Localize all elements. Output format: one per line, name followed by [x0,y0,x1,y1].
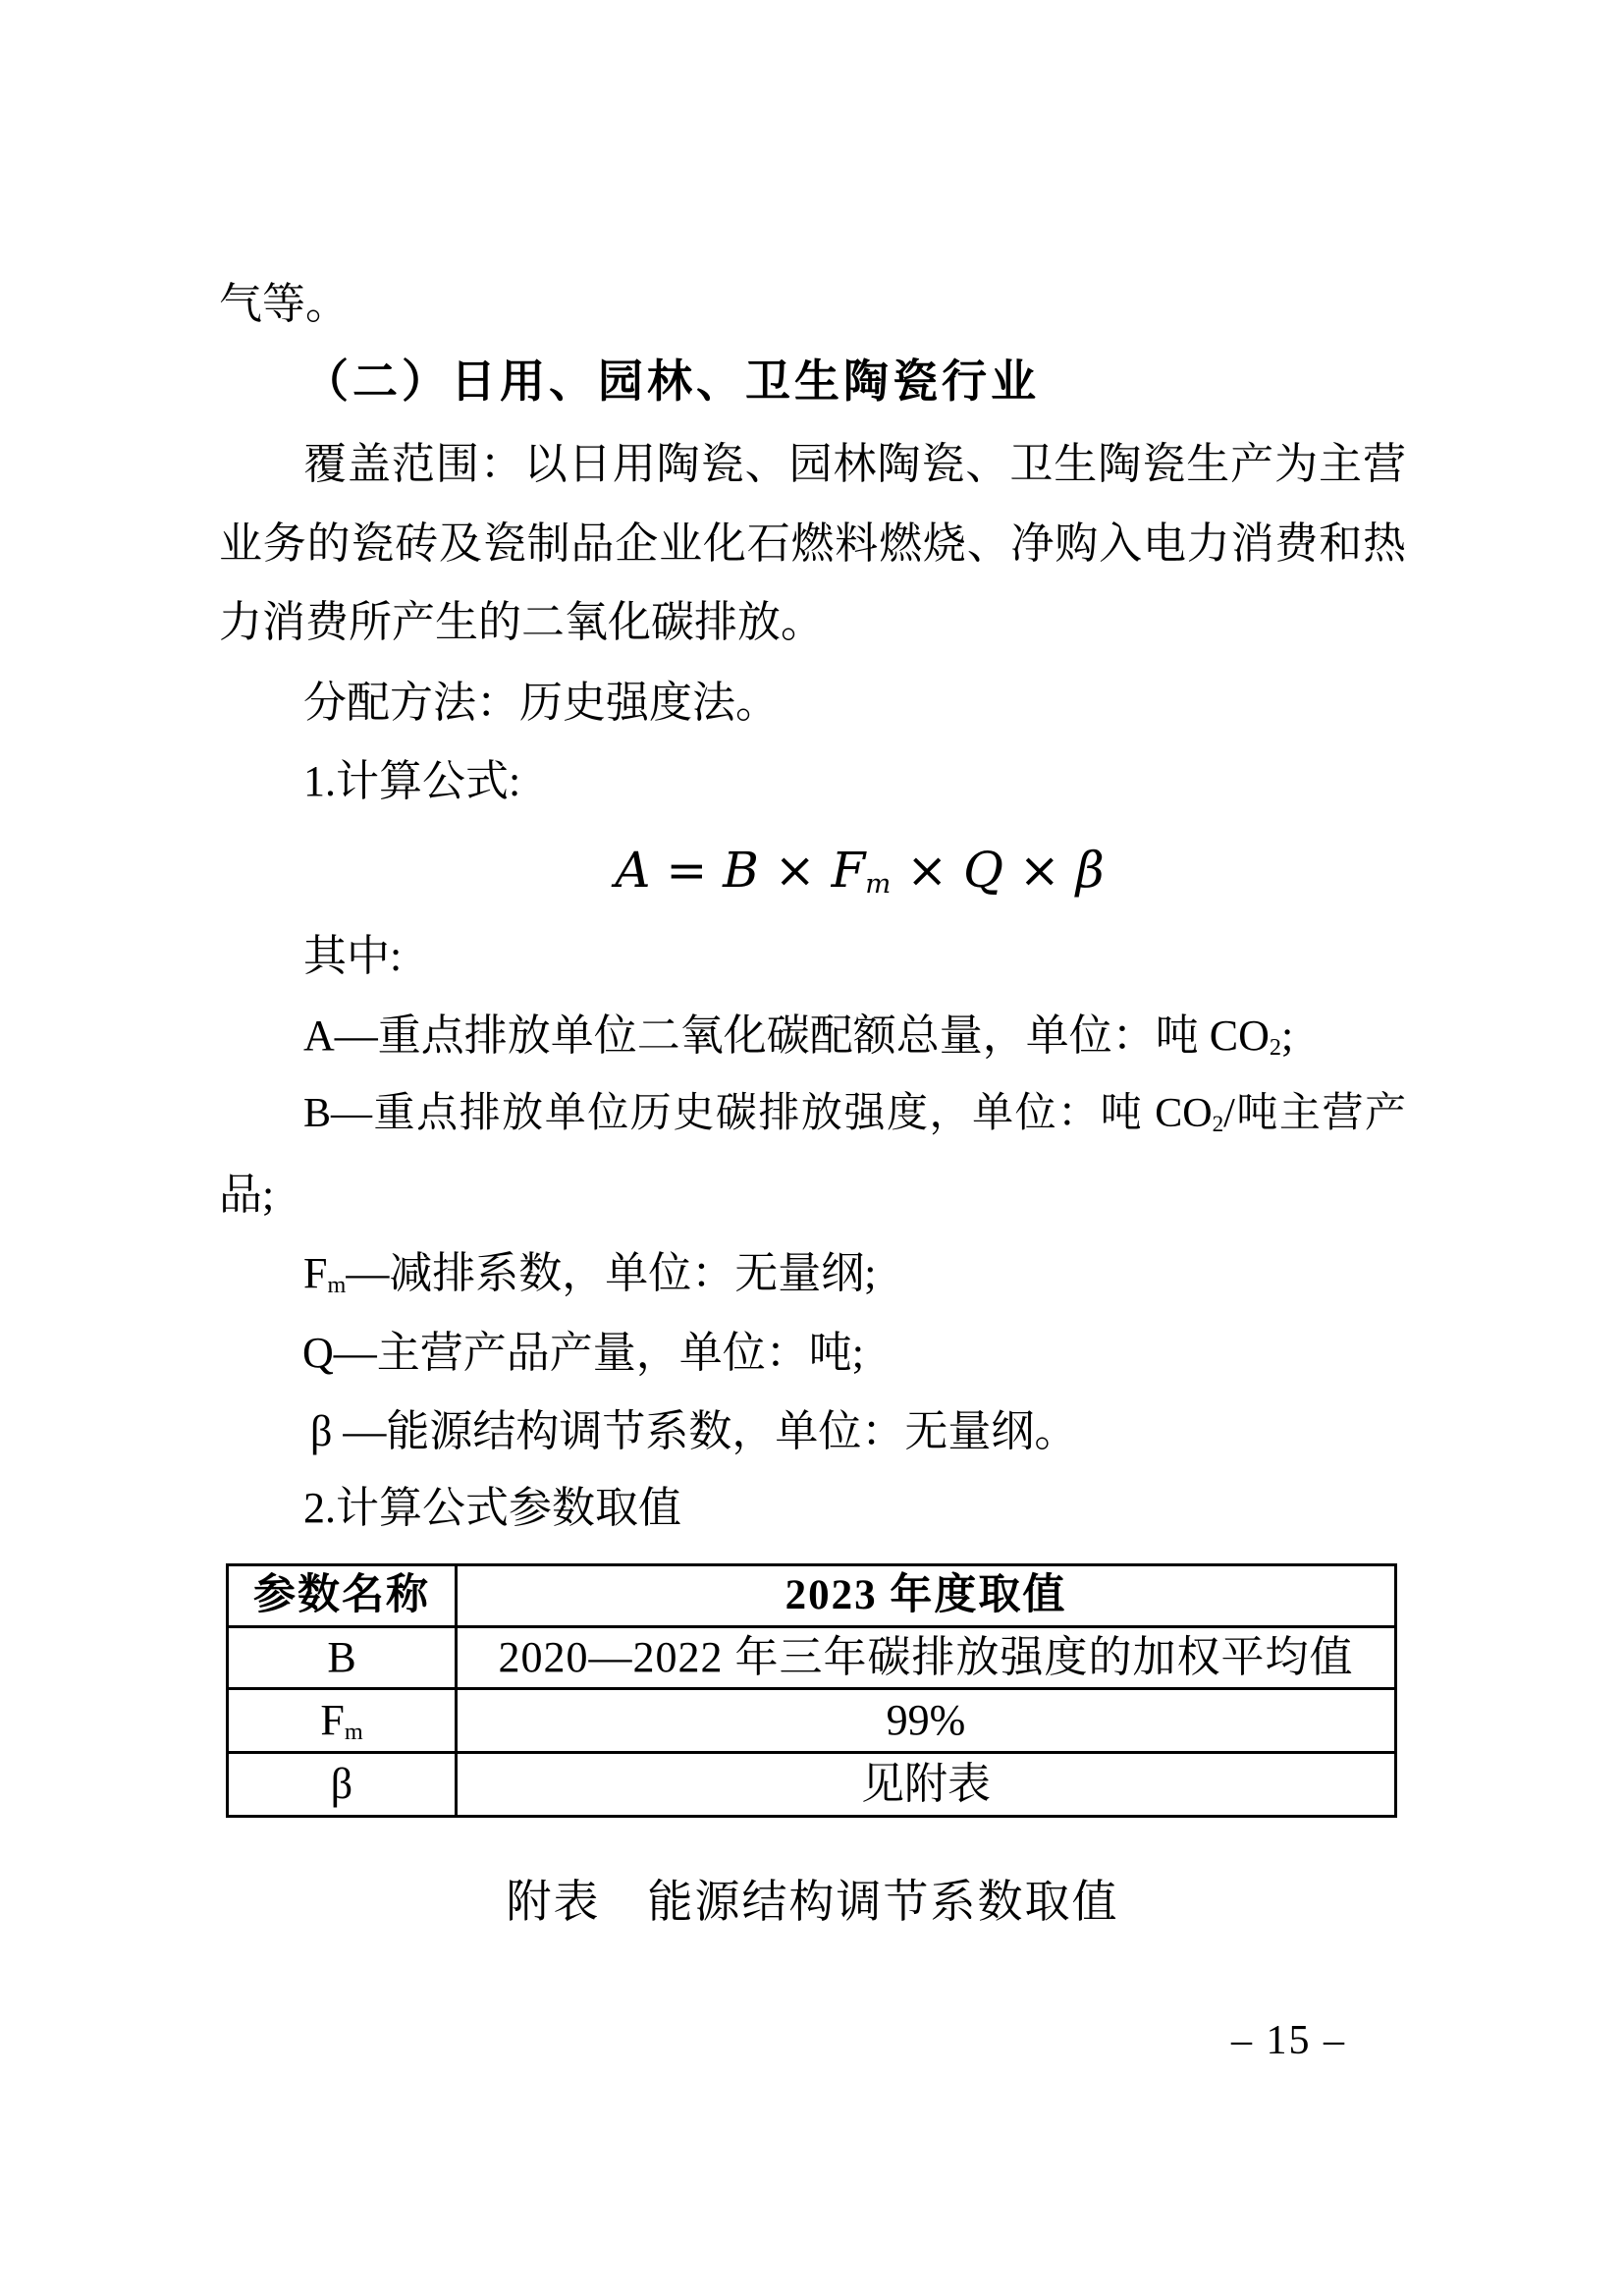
allocation-method-line: 分配方法：历史强度法。 [303,676,779,730]
appendix-caption: 附表 能源结构调节系数取值 [219,1874,1406,1931]
co2-subscript: 2 [1270,1034,1281,1061]
formula-lhs: A = B × F [615,842,865,899]
coverage-paragraph-line-2: 业务的瓷砖及瓷制品企业化石燃料燃烧、净购入电力消费和热 [219,517,1406,571]
table-row-fm: Fm 99% [228,1689,1396,1753]
paragraph-tail-line: 气等。 [219,277,349,331]
parameters-label: 2.计算公式参数取值 [303,1481,681,1535]
table-header-value: 2023 年度取值 [457,1565,1396,1627]
co2-subscript: 2 [1213,1111,1224,1136]
definition-q-line: Q—主营产品产量，单位：吨; [302,1326,864,1380]
value-cell-fm: 99% [457,1689,1396,1753]
formula-subscript: m [865,868,891,900]
among-label: 其中: [303,929,402,983]
table-header-param: 参数名称 [228,1565,457,1627]
value-cell-beta: 见附表 [457,1753,1396,1817]
coverage-paragraph-line-3: 力消费所产生的二氧化碳排放。 [219,595,824,649]
param-cell-fm: Fm [228,1689,457,1753]
page-number: – 15 – [1231,2015,1346,2067]
fm-subscript: m [327,1272,346,1298]
parameters-table: 参数名称 2023 年度取值 B 2020—2022 年三年碳排放强度的加权平均… [226,1563,1397,1818]
definition-a-line: A—重点排放单位二氧化碳配额总量，单位：吨 CO2; [303,1009,1293,1063]
definition-beta-line: β —能源结构调节系数，单位：无量纲。 [310,1404,1077,1458]
document-page: 气等。 （二）日用、园林、卫生陶瓷行业 覆盖范围：以日用陶瓷、园林陶瓷、卫生陶瓷… [0,0,1623,2296]
param-cell-b: B [228,1627,457,1689]
definition-b-line: B—重点排放单位历史碳排放强度，单位：吨 CO2/吨主营产 [303,1088,1406,1140]
coverage-paragraph-line-1: 覆盖范围：以日用陶瓷、园林陶瓷、卫生陶瓷生产为主营 [303,437,1406,491]
table-row-beta: β 见附表 [228,1753,1396,1817]
value-cell-b: 2020—2022 年三年碳排放强度的加权平均值 [457,1627,1396,1689]
formula-rhs: × Q × β [891,842,1104,899]
allocation-formula: A = B × Fm × Q × β [219,840,1406,902]
table-row-b: B 2020—2022 年三年碳排放强度的加权平均值 [228,1627,1396,1689]
section-heading: （二）日用、园林、卫生陶瓷行业 [303,354,1040,410]
formula-label: 1.计算公式: [303,754,520,808]
definition-fm-line: Fm—减排系数，单位：无量纲; [303,1246,877,1300]
param-cell-beta: β [228,1753,457,1817]
definition-b-continuation: 品; [219,1168,274,1222]
table-header-row: 参数名称 2023 年度取值 [228,1565,1396,1627]
fm-subscript: m [345,1719,363,1745]
